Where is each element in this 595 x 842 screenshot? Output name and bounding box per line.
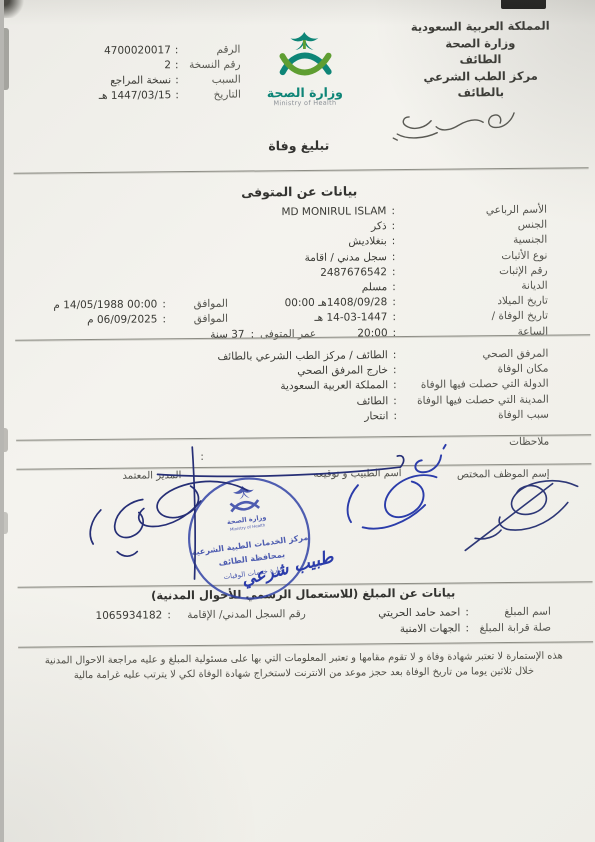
meta-label: السبب <box>175 73 237 89</box>
meta-row-date: التاريخ :1447/03/15 هـ <box>11 88 237 105</box>
reporter-details: اسم المبلغ :احمد حامد الحريتي رقم السجل … <box>22 605 547 641</box>
divider <box>14 641 589 648</box>
meta-value: 2 <box>160 58 167 73</box>
reporter-id-label: رقم السجل المدني/ الإقامة <box>167 607 302 624</box>
scanned-death-notification-document: المملكة العربية السعودية وزارة الصحة الط… <box>0 0 595 842</box>
stamp-ministry-ar: وزارة الصحة <box>222 513 262 526</box>
meta-value: نسخة المراجع <box>106 73 167 89</box>
divider <box>10 167 585 174</box>
stamp-line-3: إدارة خدمات الوفيات <box>219 565 280 581</box>
meta-value: 4700020017 <box>100 43 167 59</box>
meta-label: رقم النسخة <box>175 58 237 74</box>
facility-details: المرفق الصحي :الطائف / مركز الطب الشرعي … <box>19 347 545 428</box>
stamp-ministry-en: Ministry of Health <box>226 522 262 532</box>
officer-name-label: إسم الموظف المختص <box>453 469 546 481</box>
reporter-id-value: 1065934182 <box>91 608 158 624</box>
divider <box>12 434 587 441</box>
director-label: المدير المعتمد <box>118 470 177 482</box>
org-country: المملكة العربية السعودية <box>400 18 552 36</box>
disclaimer: هذه الإستمارة لا تعتبر شهادة وفاة و لا ت… <box>20 649 579 683</box>
doctor-name-label: اسم الطبيب و توقيعه <box>309 468 397 480</box>
meta-label: التاريخ <box>175 88 237 104</box>
meta-value: 1447/03/15 هـ <box>95 88 168 104</box>
stamp-line-2: بمحافظة الطائف <box>214 550 281 568</box>
notes-colon: : <box>196 451 200 463</box>
officer-signature <box>461 480 575 550</box>
logo-title-arabic: وزارة الصحة <box>253 85 349 99</box>
age-value: 37 سنة <box>206 327 240 343</box>
notes-label: ملاحظات <box>505 436 545 448</box>
stamp-palm-icon <box>228 485 251 501</box>
ministry-of-health-logo: وزارة الصحة Ministry of Health <box>252 27 349 107</box>
org-ministry: وزارة الصحة <box>400 34 552 52</box>
age-label: عمر المتوفى <box>256 326 312 342</box>
document-title: تبليغ وفاة <box>0 135 592 156</box>
deceased-section-title: بيانات عن المتوفى <box>0 181 593 202</box>
moh-emblem-icon <box>254 28 346 81</box>
stamp-line-1: مركز الخدمات الطبية الشرعية <box>187 533 305 557</box>
meta-label: الرقم <box>174 43 236 59</box>
org-city: الطائف <box>400 51 552 69</box>
org-center-city: بالطائف <box>401 84 553 102</box>
deceased-details: الأسم الرباعي :MD MONIRUL ISLAM الجنس :ذ… <box>18 203 544 345</box>
ministry-header-block: المملكة العربية السعودية وزارة الصحة الط… <box>400 18 553 102</box>
org-center: مركز الطب الشرعي <box>401 67 553 85</box>
reporter-section-title: بيانات عن المبلغ (للاستعمال الرسمي للأحو… <box>2 584 595 604</box>
document-meta-block: الرقم :4700020017 رقم النسخة :2 السبب :ن… <box>10 43 237 105</box>
